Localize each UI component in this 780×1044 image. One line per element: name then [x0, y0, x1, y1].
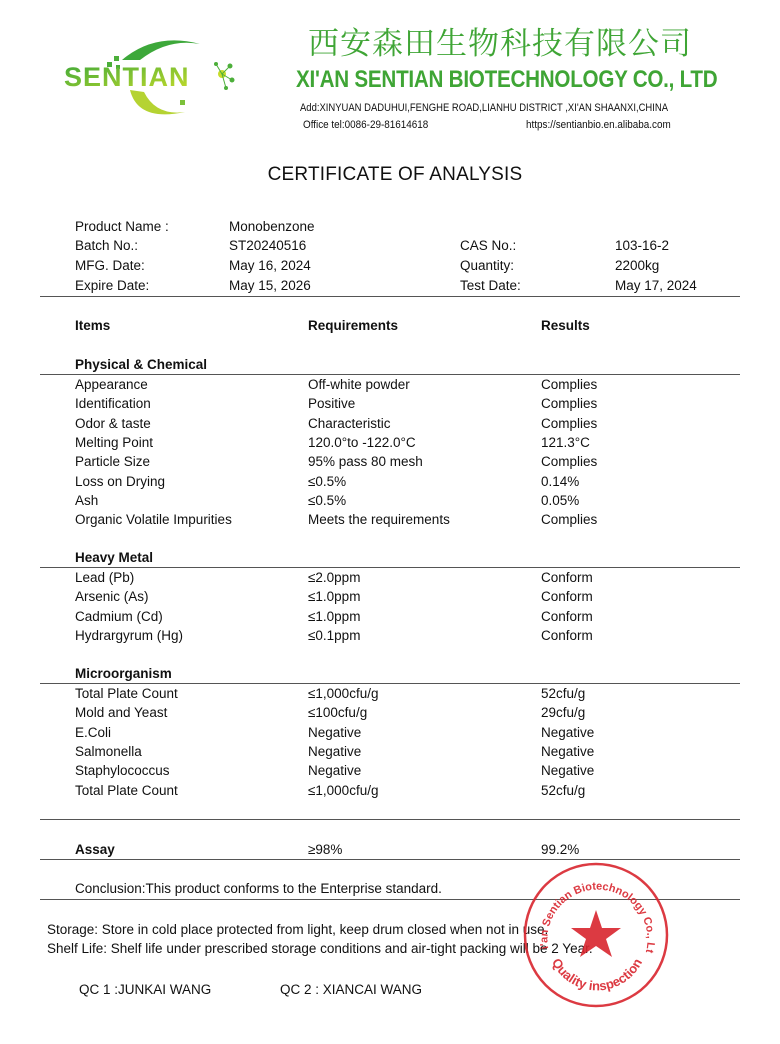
- result: Complies: [541, 375, 597, 394]
- company-address: Add:XINYUAN DADUHUI,FENGHE ROAD,LIANHU D…: [300, 102, 668, 114]
- quantity-label: Quantity:: [460, 256, 514, 275]
- star-icon: [571, 910, 621, 957]
- item-name: Hydrargyrum (Hg): [75, 626, 183, 645]
- quality-inspection-stamp: Xi'an Sentian Biotechnology Co., Ltd Qua…: [521, 860, 671, 1010]
- shelf-life-text: Shelf Life: Shelf life under prescribed …: [47, 939, 593, 958]
- result: 52cfu/g: [541, 781, 585, 800]
- result: Negative: [541, 723, 594, 742]
- conclusion-text: Conclusion:This product conforms to the …: [75, 879, 442, 898]
- storage-text: Storage: Store in cold place protected f…: [47, 920, 548, 939]
- result: 52cfu/g: [541, 684, 585, 703]
- item-name: Identification: [75, 394, 151, 413]
- company-name-chinese: 西安森田生物科技有限公司: [308, 18, 692, 63]
- table-row: Total Plate Count≤1,000cfu/g52cfu/g: [0, 781, 780, 800]
- product-name-value: Monobenzone: [229, 217, 315, 236]
- result: Negative: [541, 742, 594, 761]
- item-name: Total Plate Count: [75, 684, 178, 703]
- requirement: Negative: [308, 742, 361, 761]
- requirement: ≤0.5%: [308, 491, 346, 510]
- requirement: Positive: [308, 394, 355, 413]
- result: Negative: [541, 761, 594, 780]
- item-name: Lead (Pb): [75, 568, 134, 587]
- result: Complies: [541, 510, 597, 529]
- requirement: ≤1.0ppm: [308, 587, 360, 606]
- item-name: Mold and Yeast: [75, 703, 167, 722]
- table-row: StaphylococcusNegativeNegative: [0, 761, 780, 780]
- requirement: ≤1,000cfu/g: [308, 684, 378, 703]
- result: Conform: [541, 568, 593, 587]
- table-row: Ash≤0.5%0.05%: [0, 491, 780, 510]
- company-logo: SENTIAN: [60, 30, 240, 125]
- quantity-value: 2200kg: [615, 256, 659, 275]
- product-name-label: Product Name :: [75, 217, 169, 236]
- table-row: Melting Point120.0°to -122.0°C121.3°C: [0, 433, 780, 452]
- section-title: Heavy Metal: [75, 548, 153, 567]
- result: Conform: [541, 607, 593, 626]
- table-row: Arsenic (As)≤1.0ppmConform: [0, 587, 780, 606]
- table-row: Odor & tasteCharacteristicComplies: [0, 414, 780, 433]
- result: 0.14%: [541, 472, 579, 491]
- result: Conform: [541, 587, 593, 606]
- section-title: Microorganism: [75, 664, 172, 683]
- mfg-date-label: MFG. Date:: [75, 256, 145, 275]
- test-date-value: May 17, 2024: [615, 276, 697, 295]
- svg-text:SENTIAN: SENTIAN: [64, 62, 190, 92]
- item-name: Ash: [75, 491, 98, 510]
- assay-requirement: ≥98%: [308, 840, 342, 859]
- requirement: Characteristic: [308, 414, 391, 433]
- item-name: Melting Point: [75, 433, 153, 452]
- requirement: Off-white powder: [308, 375, 410, 394]
- assay-result: 99.2%: [541, 840, 579, 859]
- requirement: Negative: [308, 761, 361, 780]
- item-name: Organic Volatile Impurities: [75, 510, 232, 529]
- item-name: Cadmium (Cd): [75, 607, 163, 626]
- expire-date-value: May 15, 2026: [229, 276, 311, 295]
- table-row: Hydrargyrum (Hg)≤0.1ppmConform: [0, 626, 780, 645]
- column-header-results: Results: [541, 316, 590, 335]
- divider: [40, 819, 740, 820]
- result: 29cfu/g: [541, 703, 585, 722]
- table-row: AppearanceOff-white powderComplies: [0, 375, 780, 394]
- table-row: E.ColiNegativeNegative: [0, 723, 780, 742]
- item-name: Salmonella: [75, 742, 142, 761]
- table-row: Loss on Drying≤0.5%0.14%: [0, 472, 780, 491]
- office-phone: Office tel:0086-29-81614618: [303, 119, 428, 131]
- column-header-items: Items: [75, 316, 110, 335]
- table-row: Cadmium (Cd)≤1.0ppmConform: [0, 607, 780, 626]
- batch-value: ST20240516: [229, 236, 306, 255]
- assay-row: Assay ≥98% 99.2%: [0, 840, 780, 859]
- item-name: Loss on Drying: [75, 472, 165, 491]
- table-row: Mold and Yeast≤100cfu/g29cfu/g: [0, 703, 780, 722]
- result: 0.05%: [541, 491, 579, 510]
- result: 121.3°C: [541, 433, 590, 452]
- assay-label: Assay: [75, 840, 115, 859]
- section-title: Physical & Chemical: [75, 355, 207, 374]
- result: Conform: [541, 626, 593, 645]
- table-row: SalmonellaNegativeNegative: [0, 742, 780, 761]
- result: Complies: [541, 452, 597, 471]
- requirement: Negative: [308, 723, 361, 742]
- requirement: ≤1.0ppm: [308, 607, 360, 626]
- item-name: Appearance: [75, 375, 148, 394]
- cas-value: 103-16-2: [615, 236, 669, 255]
- document-title: CERTIFICATE OF ANALYSIS: [0, 164, 780, 186]
- qc2-signature: QC 2 : XIANCAI WANG: [280, 980, 422, 999]
- table-row: Total Plate Count≤1,000cfu/g52cfu/g: [0, 684, 780, 703]
- requirement: ≤1,000cfu/g: [308, 781, 378, 800]
- result: Complies: [541, 414, 597, 433]
- table-row: IdentificationPositiveComplies: [0, 394, 780, 413]
- mfg-date-value: May 16, 2024: [229, 256, 311, 275]
- requirement: ≤0.5%: [308, 472, 346, 491]
- svg-text:Quality inspection: Quality inspection: [549, 956, 645, 994]
- divider: [40, 296, 740, 297]
- cas-label: CAS No.:: [460, 236, 516, 255]
- item-name: E.Coli: [75, 723, 111, 742]
- batch-label: Batch No.:: [75, 236, 138, 255]
- item-name: Odor & taste: [75, 414, 151, 433]
- item-name: Total Plate Count: [75, 781, 178, 800]
- website-link[interactable]: https://sentianbio.en.alibaba.com: [526, 119, 671, 131]
- result: Complies: [541, 394, 597, 413]
- requirement: ≤0.1ppm: [308, 626, 360, 645]
- qc1-signature: QC 1 :JUNKAI WANG: [79, 980, 211, 999]
- requirement: 120.0°to -122.0°C: [308, 433, 416, 452]
- requirement: ≤2.0ppm: [308, 568, 360, 587]
- item-name: Staphylococcus: [75, 761, 170, 780]
- requirement: 95% pass 80 mesh: [308, 452, 423, 471]
- company-name-english: XI'AN SENTIAN BIOTECHNOLOGY CO., LTD: [296, 66, 717, 94]
- item-name: Arsenic (As): [75, 587, 149, 606]
- table-row: Lead (Pb)≤2.0ppmConform: [0, 568, 780, 587]
- table-row: Organic Volatile ImpuritiesMeets the req…: [0, 510, 780, 529]
- requirement: Meets the requirements: [308, 510, 450, 529]
- column-header-requirements: Requirements: [308, 316, 398, 335]
- table-row: Particle Size95% pass 80 meshComplies: [0, 452, 780, 471]
- table-header: Items Requirements Results: [0, 316, 780, 335]
- item-name: Particle Size: [75, 452, 150, 471]
- expire-date-label: Expire Date:: [75, 276, 149, 295]
- requirement: ≤100cfu/g: [308, 703, 367, 722]
- test-date-label: Test Date:: [460, 276, 521, 295]
